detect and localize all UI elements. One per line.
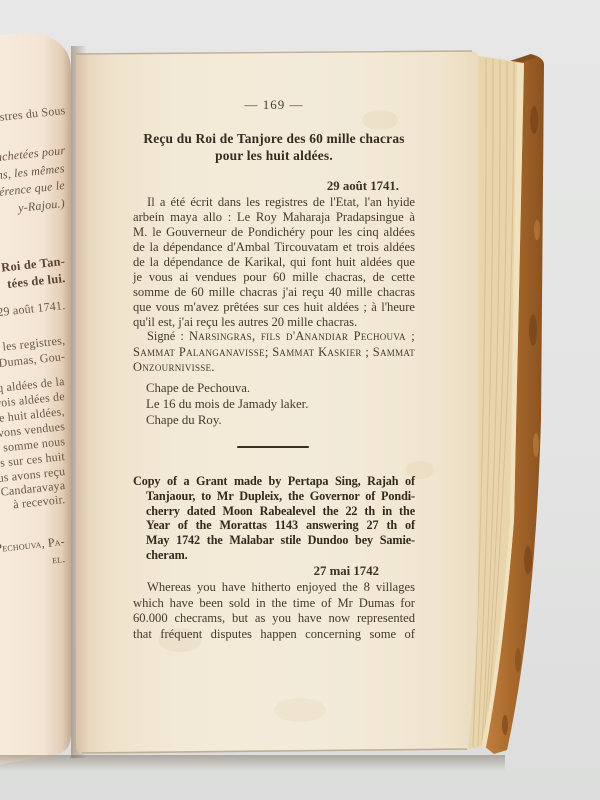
left-fragment: el. bbox=[51, 551, 66, 567]
heading-line: Reçu du Roi de Tanjore des 60 mille chac… bbox=[133, 130, 415, 147]
heading-line: cherry dated Moon Rabealevel the 22 th i… bbox=[133, 504, 415, 519]
heading-line: pour les huit aldées. bbox=[133, 147, 415, 164]
heading-line: Year of the Morattas 1143 answering 27 t… bbox=[133, 518, 415, 533]
section-divider bbox=[237, 446, 309, 448]
section2-body: Whereas you have hitherto enjoyed the 8 … bbox=[133, 580, 415, 642]
section1-body: Il a été écrit dans les registres de l'E… bbox=[133, 195, 415, 330]
body-line: 60.000 checrams, but as you have now rep… bbox=[133, 611, 415, 627]
body-line: de la dépendance de Karikal, qui font hu… bbox=[133, 255, 415, 270]
left-fragment: registres du Sous bbox=[0, 103, 66, 127]
signature-line: Sammat Palanganavisse; Sammat Kaskier ; … bbox=[133, 345, 415, 361]
body-line: M. le Gouverneur de Pondichéry pour les … bbox=[133, 225, 415, 240]
body-line: Whereas you have hitherto enjoyed the 8 … bbox=[133, 580, 415, 596]
signatory-names: Narsingras, fils d'Anandiar Pechouva ; bbox=[189, 329, 415, 343]
body-line: that fréquent disputes happen concerning… bbox=[133, 627, 415, 643]
heading-line: cheram. bbox=[133, 548, 415, 563]
section2-date: 27 mai 1742 bbox=[133, 564, 415, 579]
body-line: qu'il est, j'ai reçu les autres 20 mille… bbox=[133, 315, 415, 330]
main-page-text-layer: — 169 — Reçu du Roi de Tanjore des 60 mi… bbox=[133, 0, 415, 800]
body-line: which have been sold in the time of Mr D… bbox=[133, 596, 415, 612]
section1-notes: Chape de Pechouva. Le 16 du mois de Jama… bbox=[133, 380, 428, 428]
body-line: arbein maya allo : Le Roy Maharaja Prada… bbox=[133, 210, 415, 225]
body-line: je vous ai vendues pour 60 mille chacras… bbox=[133, 270, 415, 285]
heading-line: Tanjaour, to Mr Dupleix, the Governor of… bbox=[133, 489, 415, 504]
note-line: Chape du Roy. bbox=[146, 412, 428, 428]
left-fragment: y-Rajou.) bbox=[18, 196, 66, 216]
heading-line: Copy of a Grant made by Pertapa Sing, Ra… bbox=[133, 474, 415, 489]
signed-label: Signé : bbox=[147, 329, 189, 343]
body-line: Il a été écrit dans les registres de l'E… bbox=[133, 195, 415, 210]
heading-line: May 1742 the Malabar stile Dundoo bey Sa… bbox=[133, 533, 415, 548]
section1-heading: Reçu du Roi de Tanjore des 60 mille chac… bbox=[133, 130, 415, 164]
left-page-text-layer: registres du Sous es achetées pour dans,… bbox=[0, 0, 70, 780]
body-line: de la dépendance d'Ambal Tircouvatam et … bbox=[133, 240, 415, 255]
section1-date: 29 août 1741. bbox=[133, 179, 415, 194]
body-line: que vous m'avez prêtées sur ces huit ald… bbox=[133, 300, 415, 315]
book-photo-scene: registres du Sous es achetées pour dans,… bbox=[0, 0, 600, 800]
section2-heading: Copy of a Grant made by Pertapa Sing, Ra… bbox=[133, 474, 415, 563]
note-line: Le 16 du mois de Jamady laker. bbox=[146, 396, 428, 412]
section1-signatures: Signé : Narsingras, fils d'Anandiar Pech… bbox=[133, 329, 415, 376]
signature-line: Onzournivisse. bbox=[133, 360, 415, 376]
page-number: — 169 — bbox=[133, 97, 415, 113]
signature-line: Signé : Narsingras, fils d'Anandiar Pech… bbox=[133, 329, 415, 345]
body-line: somme de 60 mille chacras j'ai reçu 40 m… bbox=[133, 285, 415, 300]
left-fragment: 29 août 1741. bbox=[0, 298, 66, 320]
note-line: Chape de Pechouva. bbox=[146, 380, 428, 396]
